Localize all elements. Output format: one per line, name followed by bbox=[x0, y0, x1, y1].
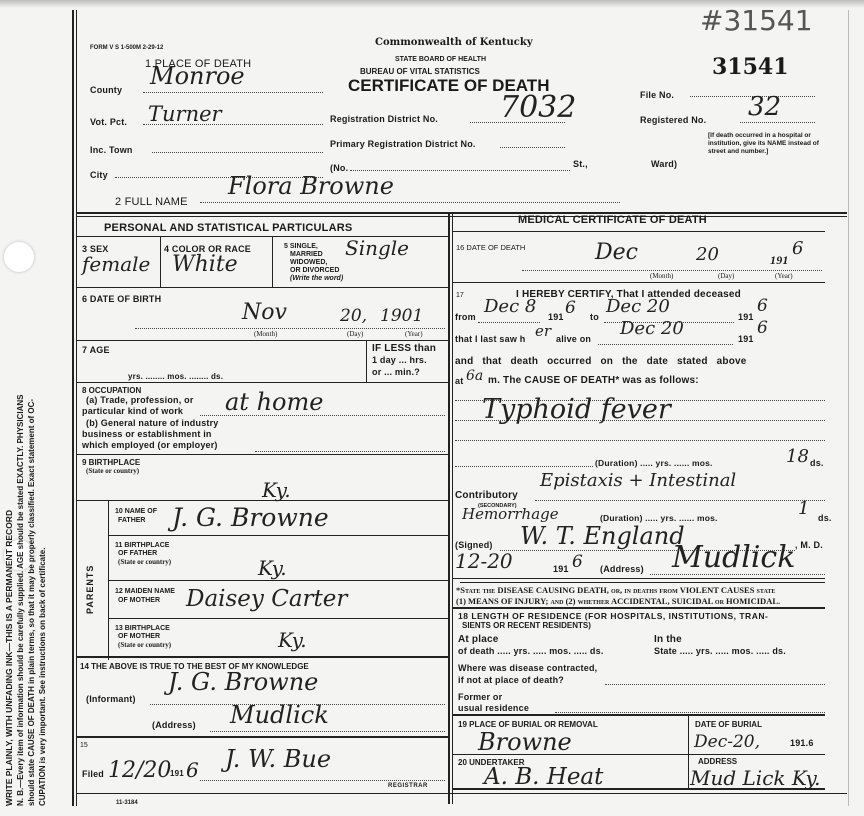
informant-address-label: (Address) bbox=[152, 720, 196, 730]
form-left-border bbox=[72, 10, 74, 806]
cell-line bbox=[160, 237, 161, 287]
informant-value: J. G. Browne bbox=[168, 668, 318, 696]
full-name-value: Flora Browne bbox=[228, 172, 394, 200]
informant-address-value: Mudlick bbox=[230, 701, 329, 729]
margin-instruction-4: CUPATION is very important. See instruct… bbox=[38, 548, 48, 806]
certify-number: 17 bbox=[456, 292, 464, 299]
footnote-line-2: (1) MEANS OF INJURY; and (2) whether ACC… bbox=[456, 596, 780, 606]
registrar-field bbox=[200, 772, 445, 781]
mother-bp-label-3: (State or country) bbox=[118, 641, 171, 649]
board-of-health: STATE BOARD OF HEALTH bbox=[395, 56, 486, 63]
if-less-2: 1 day ... hrs. bbox=[372, 355, 427, 365]
last-saw-value: er bbox=[535, 322, 551, 340]
row-line bbox=[453, 578, 825, 579]
med-address-label: (Address) bbox=[600, 564, 644, 574]
row-line bbox=[77, 454, 448, 455]
duration-lead bbox=[455, 460, 593, 467]
father-name-value: J. G. Browne bbox=[172, 503, 329, 532]
dob-label: 6 DATE OF BIRTH bbox=[82, 294, 161, 304]
contrib-ds: ds. bbox=[818, 513, 832, 523]
at-place-1: At place bbox=[458, 634, 499, 645]
if-less-3: or ... min.? bbox=[372, 367, 420, 377]
cause-value: Typhoid fever bbox=[482, 394, 671, 425]
occ-b-line-2: business or establishment in bbox=[82, 429, 212, 439]
undertaker-address-value: Mud Lick Ky. bbox=[690, 766, 821, 790]
contributory-field bbox=[535, 492, 825, 501]
medical-heading: MEDICAL CERTIFICATE OF DEATH bbox=[518, 214, 707, 226]
occ-b-field bbox=[255, 441, 445, 452]
contributory-value-2: Hemorrhage bbox=[462, 505, 559, 523]
occ-a-line-2: particular kind of work bbox=[82, 406, 183, 416]
age-units: yrs. ........ mos. ........ ds. bbox=[128, 372, 223, 381]
registered-no-value: 32 bbox=[748, 92, 781, 122]
sex-value: female bbox=[82, 252, 150, 276]
filed-date: 12/20 bbox=[108, 758, 171, 783]
cell-line bbox=[366, 340, 367, 382]
in-state-1: In the bbox=[654, 634, 682, 645]
father-bp-label-3: (State or country) bbox=[118, 558, 171, 566]
alive-value: Dec 20 bbox=[620, 318, 684, 339]
primary-reg-field bbox=[500, 135, 565, 148]
dod-month: Dec bbox=[595, 240, 638, 265]
parents-side-label: PARENTS bbox=[85, 565, 95, 614]
registered-no-label: Registered No. bbox=[640, 115, 706, 125]
burial-date-year: 191.6 bbox=[790, 738, 814, 748]
mother-name-label-2: OF MOTHER bbox=[118, 597, 160, 604]
filed-year-prefix: 191 bbox=[170, 769, 184, 778]
commonwealth-title: Commonwealth of Kentucky bbox=[375, 37, 533, 48]
occupation-label: 8 OCCUPATION bbox=[82, 386, 141, 395]
contrib-days: 1 bbox=[798, 498, 809, 519]
undertaker-address-label: ADDRESS bbox=[698, 757, 737, 766]
at-place-2: of death ..... yrs. ..... mos. ..... ds. bbox=[458, 646, 604, 656]
inc-town-label: Inc. Town bbox=[90, 145, 133, 155]
personal-heading: PERSONAL AND STATISTICAL PARTICULARS bbox=[104, 222, 352, 234]
form-left-border-inner bbox=[76, 10, 77, 806]
mother-name-value: Daisey Carter bbox=[186, 586, 347, 612]
punch-hole-top bbox=[4, 242, 34, 272]
margin-instruction-3: should state CAUSE OF DEATH in plain ter… bbox=[27, 399, 37, 806]
residence-heading-2: SIENTS OR RECENT RESIDENTS) bbox=[462, 621, 591, 630]
signed-value: W. T. England bbox=[520, 522, 685, 550]
father-bp-value: Ky. bbox=[258, 556, 287, 580]
county-value: Monroe bbox=[150, 62, 245, 90]
med-address-value: Mudlick bbox=[672, 540, 795, 575]
reg-district-value: 7032 bbox=[500, 90, 576, 125]
dob-year: 1901 bbox=[380, 306, 423, 326]
file-no-label: File No. bbox=[640, 90, 674, 100]
alive-year: 191 bbox=[738, 334, 754, 344]
mother-bp-label-2: OF MOTHER bbox=[118, 633, 160, 640]
residence-heading-1: 18 LENGTH OF RESIDENCE (FOR HOSPITALS, I… bbox=[458, 611, 768, 621]
row-line-thick bbox=[77, 736, 448, 738]
to-year: 191 bbox=[738, 312, 754, 322]
sign-year-suffix: 6 bbox=[572, 552, 583, 572]
row-line bbox=[77, 500, 448, 501]
ward-label: Ward) bbox=[651, 159, 677, 169]
row-line-thick bbox=[453, 714, 825, 716]
dod-year-suffix: 6 bbox=[792, 238, 803, 259]
mother-bp-value: Ky. bbox=[278, 628, 307, 652]
contributory-value-1: Epistaxis + Intestinal bbox=[540, 470, 736, 491]
from-value: Dec 8 bbox=[484, 296, 536, 317]
occurred-text: and that death occurred on the date stat… bbox=[455, 356, 747, 367]
margin-instruction-2: N. B.—Every item of information should b… bbox=[16, 395, 26, 806]
dob-day: 20, bbox=[340, 306, 367, 326]
at-value: 6a bbox=[466, 368, 483, 384]
marital-label-1: 5 SINGLE, bbox=[284, 243, 318, 250]
former-1: Former or bbox=[458, 692, 502, 702]
if-less-1: IF LESS than bbox=[372, 343, 436, 354]
occ-b-line-3: which employed (or employer) bbox=[82, 440, 218, 450]
row-line bbox=[108, 580, 448, 581]
former-2: usual residence bbox=[458, 703, 529, 713]
county-label: County bbox=[90, 85, 122, 95]
occ-a-line-1: (a) Trade, profession, or bbox=[86, 395, 194, 405]
age-label: 7 AGE bbox=[82, 345, 110, 355]
from-year: 191 bbox=[548, 312, 564, 322]
reg-district-label: Registration District No. bbox=[330, 114, 438, 124]
to-label: to bbox=[590, 312, 599, 322]
contributory-label: Contributory bbox=[455, 490, 518, 501]
row-line bbox=[453, 231, 825, 232]
contracted-2: if not at place of death? bbox=[458, 675, 564, 685]
stamped-file-number: 31541 bbox=[712, 54, 789, 80]
to-year-suffix: 6 bbox=[757, 296, 768, 316]
registrar-label: REGISTRAR bbox=[388, 783, 428, 789]
duration-ds: ds. bbox=[810, 458, 824, 468]
sign-date: 12-20 bbox=[455, 549, 513, 573]
in-state-2: State ..... yrs. ..... mos. ..... ds. bbox=[654, 646, 786, 656]
race-value: White bbox=[172, 252, 238, 277]
birthplace-value: Ky. bbox=[262, 478, 291, 502]
last-saw-label: that I last saw h bbox=[455, 334, 525, 344]
burial-date-label: DATE OF BURIAL bbox=[695, 720, 762, 729]
row-line bbox=[460, 582, 825, 583]
alive-label: alive on bbox=[556, 334, 591, 344]
marital-label-4: OR DIVORCED bbox=[290, 267, 339, 274]
row-line bbox=[453, 282, 825, 283]
filed-label: Filed bbox=[82, 769, 104, 779]
cell-line bbox=[688, 716, 689, 788]
father-bp-label-1: 11 BIRTHPLACE bbox=[115, 542, 169, 549]
bottom-line bbox=[77, 793, 847, 794]
row-line bbox=[108, 618, 448, 619]
row-line bbox=[77, 287, 448, 288]
vot-pct-label: Vot. Pct. bbox=[90, 117, 127, 127]
mother-bp-label-1: 13 BIRTHPLACE bbox=[115, 625, 170, 632]
birthplace-sub: (State or country) bbox=[86, 467, 139, 475]
dod-year-caption: (Year) bbox=[775, 272, 793, 280]
dob-month: Nov bbox=[242, 300, 287, 325]
bureau-vital-statistics: BUREAU OF VITAL STATISTICS bbox=[360, 67, 480, 76]
year-caption: (Year) bbox=[405, 330, 423, 338]
form-right-edge bbox=[848, 10, 849, 806]
informant-label: (Informant) bbox=[86, 694, 136, 704]
former-field bbox=[555, 704, 825, 713]
mother-name-label-1: 12 MAIDEN NAME bbox=[115, 588, 175, 595]
cause-line-3 bbox=[455, 432, 825, 441]
divider-header bbox=[77, 212, 847, 214]
divider-header-2 bbox=[77, 216, 847, 217]
footer-code: 11-3184 bbox=[116, 800, 138, 806]
row-line-thick bbox=[453, 788, 825, 790]
footnote-line-1: *State the DISEASE CAUSING DEATH, or, in… bbox=[456, 585, 775, 595]
dod-day-caption: (Day) bbox=[718, 272, 734, 280]
marital-value: Single bbox=[345, 236, 409, 260]
father-name-label-1: 10 NAME OF bbox=[115, 508, 157, 515]
marital-label-5: (Write the word) bbox=[290, 275, 343, 282]
row-line bbox=[77, 340, 448, 341]
marital-label-2: MARRIED bbox=[290, 251, 323, 258]
margin-instruction-1: WRITE PLAINLY, WITH UNFADING INK—THIS IS… bbox=[4, 510, 14, 806]
registrar-signature: J. W. Bue bbox=[225, 745, 331, 773]
row-line bbox=[77, 382, 448, 383]
father-name-label-2: FATHER bbox=[118, 517, 145, 524]
occ-b-line-1: (b) General nature of industry bbox=[86, 418, 219, 428]
handwritten-record-id: #31541 bbox=[700, 4, 813, 37]
city-label: City bbox=[90, 170, 108, 180]
row-line-thick bbox=[453, 607, 825, 609]
cell-line bbox=[272, 237, 273, 287]
row-line bbox=[453, 754, 825, 755]
month-caption: (Month) bbox=[254, 330, 277, 338]
contracted-field bbox=[605, 676, 825, 685]
filed-year-suffix: 6 bbox=[186, 758, 199, 782]
undertaker-value: A. B. Heat bbox=[484, 764, 603, 790]
dod-year-prefix: 191 bbox=[770, 253, 789, 268]
marital-label-3: WIDOWED, bbox=[290, 259, 327, 266]
form-number: FORM V S 1-500M 2-29-12 bbox=[90, 45, 163, 51]
birthplace-label: 9 BIRTHPLACE bbox=[82, 458, 140, 467]
father-bp-label-2: OF FATHER bbox=[118, 550, 157, 557]
from-label: from bbox=[455, 312, 476, 322]
cause-intro: m. The CAUSE OF DEATH* was as follows: bbox=[488, 375, 699, 386]
dod-label: 16 DATE OF DEATH bbox=[456, 243, 525, 252]
burial-date-value: Dec-20, bbox=[694, 732, 760, 752]
inc-town-field bbox=[152, 140, 323, 153]
hospital-note: [If death occurred in a hospital or inst… bbox=[708, 132, 820, 156]
street-field bbox=[350, 158, 570, 171]
sign-year-prefix: 191 bbox=[553, 564, 569, 574]
burial-place-value: Browne bbox=[478, 728, 572, 756]
to-value: Dec 20 bbox=[606, 296, 670, 317]
from-year-suffix: 6 bbox=[565, 298, 576, 318]
duration-text: (Duration) ..... yrs. ...... mos. bbox=[595, 458, 713, 468]
at-label: at bbox=[455, 376, 463, 386]
day-caption: (Day) bbox=[347, 330, 363, 338]
row-line-thick bbox=[77, 656, 448, 658]
occ-a-value: at home bbox=[225, 388, 323, 416]
full-name-label: 2 FULL NAME bbox=[115, 196, 188, 208]
filed-number: 15 bbox=[80, 742, 88, 749]
column-divider bbox=[448, 214, 450, 804]
primary-reg-label: Primary Registration District No. bbox=[330, 139, 476, 149]
contracted-1: Where was disease contracted, bbox=[458, 663, 597, 673]
dod-month-caption: (Month) bbox=[650, 272, 673, 280]
duration-days: 18 bbox=[786, 446, 809, 467]
alive-year-suffix: 6 bbox=[757, 318, 768, 338]
vot-pct-value: Turner bbox=[148, 102, 222, 126]
dod-day: 20 bbox=[696, 244, 719, 265]
row-line bbox=[108, 535, 448, 536]
street-st-label: St., bbox=[573, 159, 588, 169]
md-label: , M. D. bbox=[795, 540, 823, 550]
